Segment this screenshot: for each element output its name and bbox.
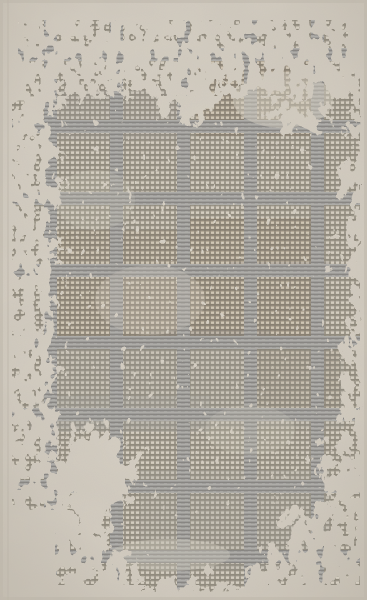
photo-grain-overlay — [0, 0, 367, 600]
rug-image — [0, 0, 367, 600]
rug-product-photo — [0, 0, 367, 600]
